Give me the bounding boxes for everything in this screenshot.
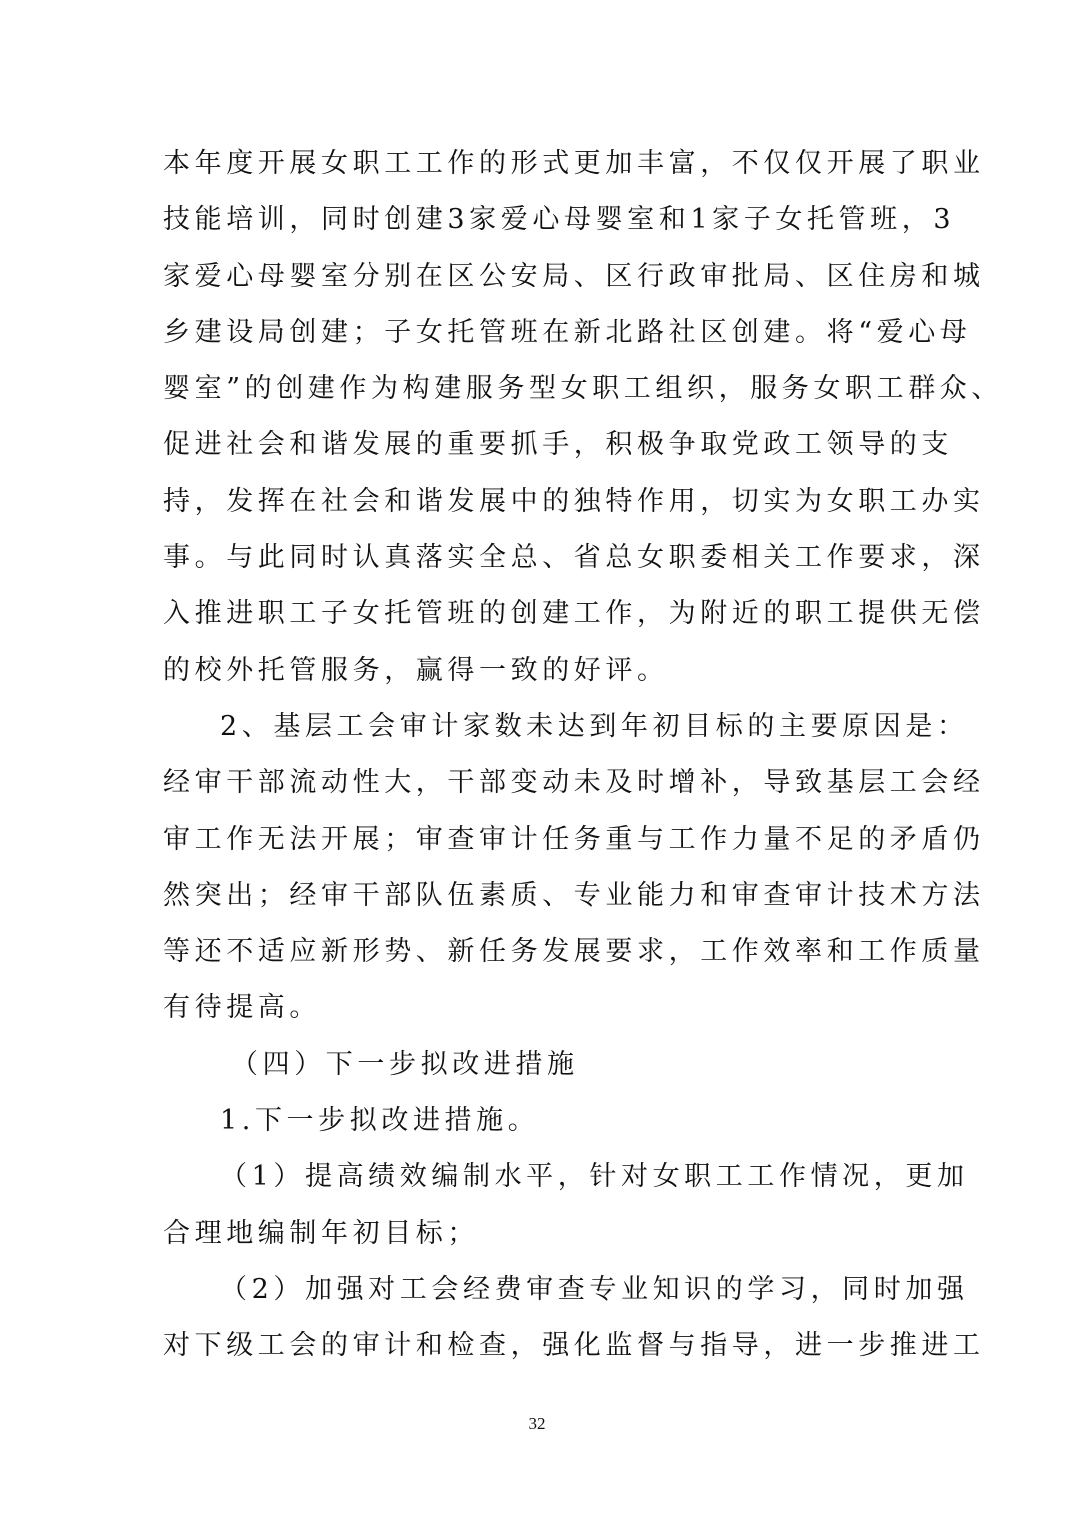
text-line: 促进社会和谐发展的重要抓手，积极争取党政工领导的支	[163, 417, 915, 473]
text-line: 有待提高。	[163, 980, 915, 1036]
document-body: 本年度开展女职工工作的形式更加丰富，不仅仅开展了职业 技能培训，同时创建3家爱心…	[163, 136, 915, 1375]
text-line: 然突出；经审干部队伍素质、专业能力和审查审计技术方法	[163, 868, 915, 924]
text-line: 持，发挥在社会和谐发展中的独特作用，切实为女职工办实	[163, 474, 915, 530]
text-line: 本年度开展女职工工作的形式更加丰富，不仅仅开展了职业	[163, 136, 915, 192]
document-page: 本年度开展女职工工作的形式更加丰富，不仅仅开展了职业 技能培训，同时创建3家爱心…	[0, 0, 1074, 1520]
text-line: 审工作无法开展；审查审计任务重与工作力量不足的矛盾仍	[163, 812, 915, 868]
text-line: 2、基层工会审计家数未达到年初目标的主要原因是：	[163, 699, 915, 755]
text-line: （2）加强对工会经费审查专业知识的学习，同时加强	[163, 1262, 915, 1318]
text-line: 合理地编制年初目标；	[163, 1206, 915, 1262]
paragraph-audit-reasons: 2、基层工会审计家数未达到年初目标的主要原因是： 经审干部流动性大，干部变动未及…	[163, 699, 915, 1037]
paragraph-women-workers: 本年度开展女职工工作的形式更加丰富，不仅仅开展了职业 技能培训，同时创建3家爱心…	[163, 136, 915, 699]
section-heading-text: （四）下一步拟改进措施	[163, 1037, 915, 1093]
text-line: 家爱心母婴室分别在区公安局、区行政审批局、区住房和城	[163, 249, 915, 305]
text-line: 技能培训，同时创建3家爱心母婴室和1家子女托管班，3	[163, 192, 915, 248]
text-line: 的校外托管服务，赢得一致的好评。	[163, 643, 915, 699]
text-line: 对下级工会的审计和检查，强化监督与指导，进一步推进工	[163, 1318, 915, 1374]
text-line: 等还不适应新形势、新任务发展要求，工作效率和工作质量	[163, 924, 915, 980]
section-heading: （四）下一步拟改进措施	[163, 1037, 915, 1093]
paragraph-measure-1: （1）提高绩效编制水平，针对女职工工作情况，更加 合理地编制年初目标；	[163, 1149, 915, 1262]
text-line: （1）提高绩效编制水平，针对女职工工作情况，更加	[163, 1149, 915, 1205]
text-line: 乡建设局创建；子女托管班在新北路社区创建。将“爱心母	[163, 305, 915, 361]
text-line: 经审干部流动性大，干部变动未及时增补，导致基层工会经	[163, 755, 915, 811]
text-line: 事。与此同时认真落实全总、省总女职委相关工作要求，深	[163, 530, 915, 586]
paragraph-measure-2: （2）加强对工会经费审查专业知识的学习，同时加强 对下级工会的审计和检查，强化监…	[163, 1262, 915, 1375]
paragraph-measures-intro: 1.下一步拟改进措施。	[163, 1093, 915, 1149]
text-line: 入推进职工子女托管班的创建工作，为附近的职工提供无偿	[163, 586, 915, 642]
text-line: 1.下一步拟改进措施。	[163, 1093, 915, 1149]
text-line: 婴室”的创建作为构建服务型女职工组织，服务女职工群众、	[163, 361, 915, 417]
page-number: 32	[0, 1414, 1074, 1434]
